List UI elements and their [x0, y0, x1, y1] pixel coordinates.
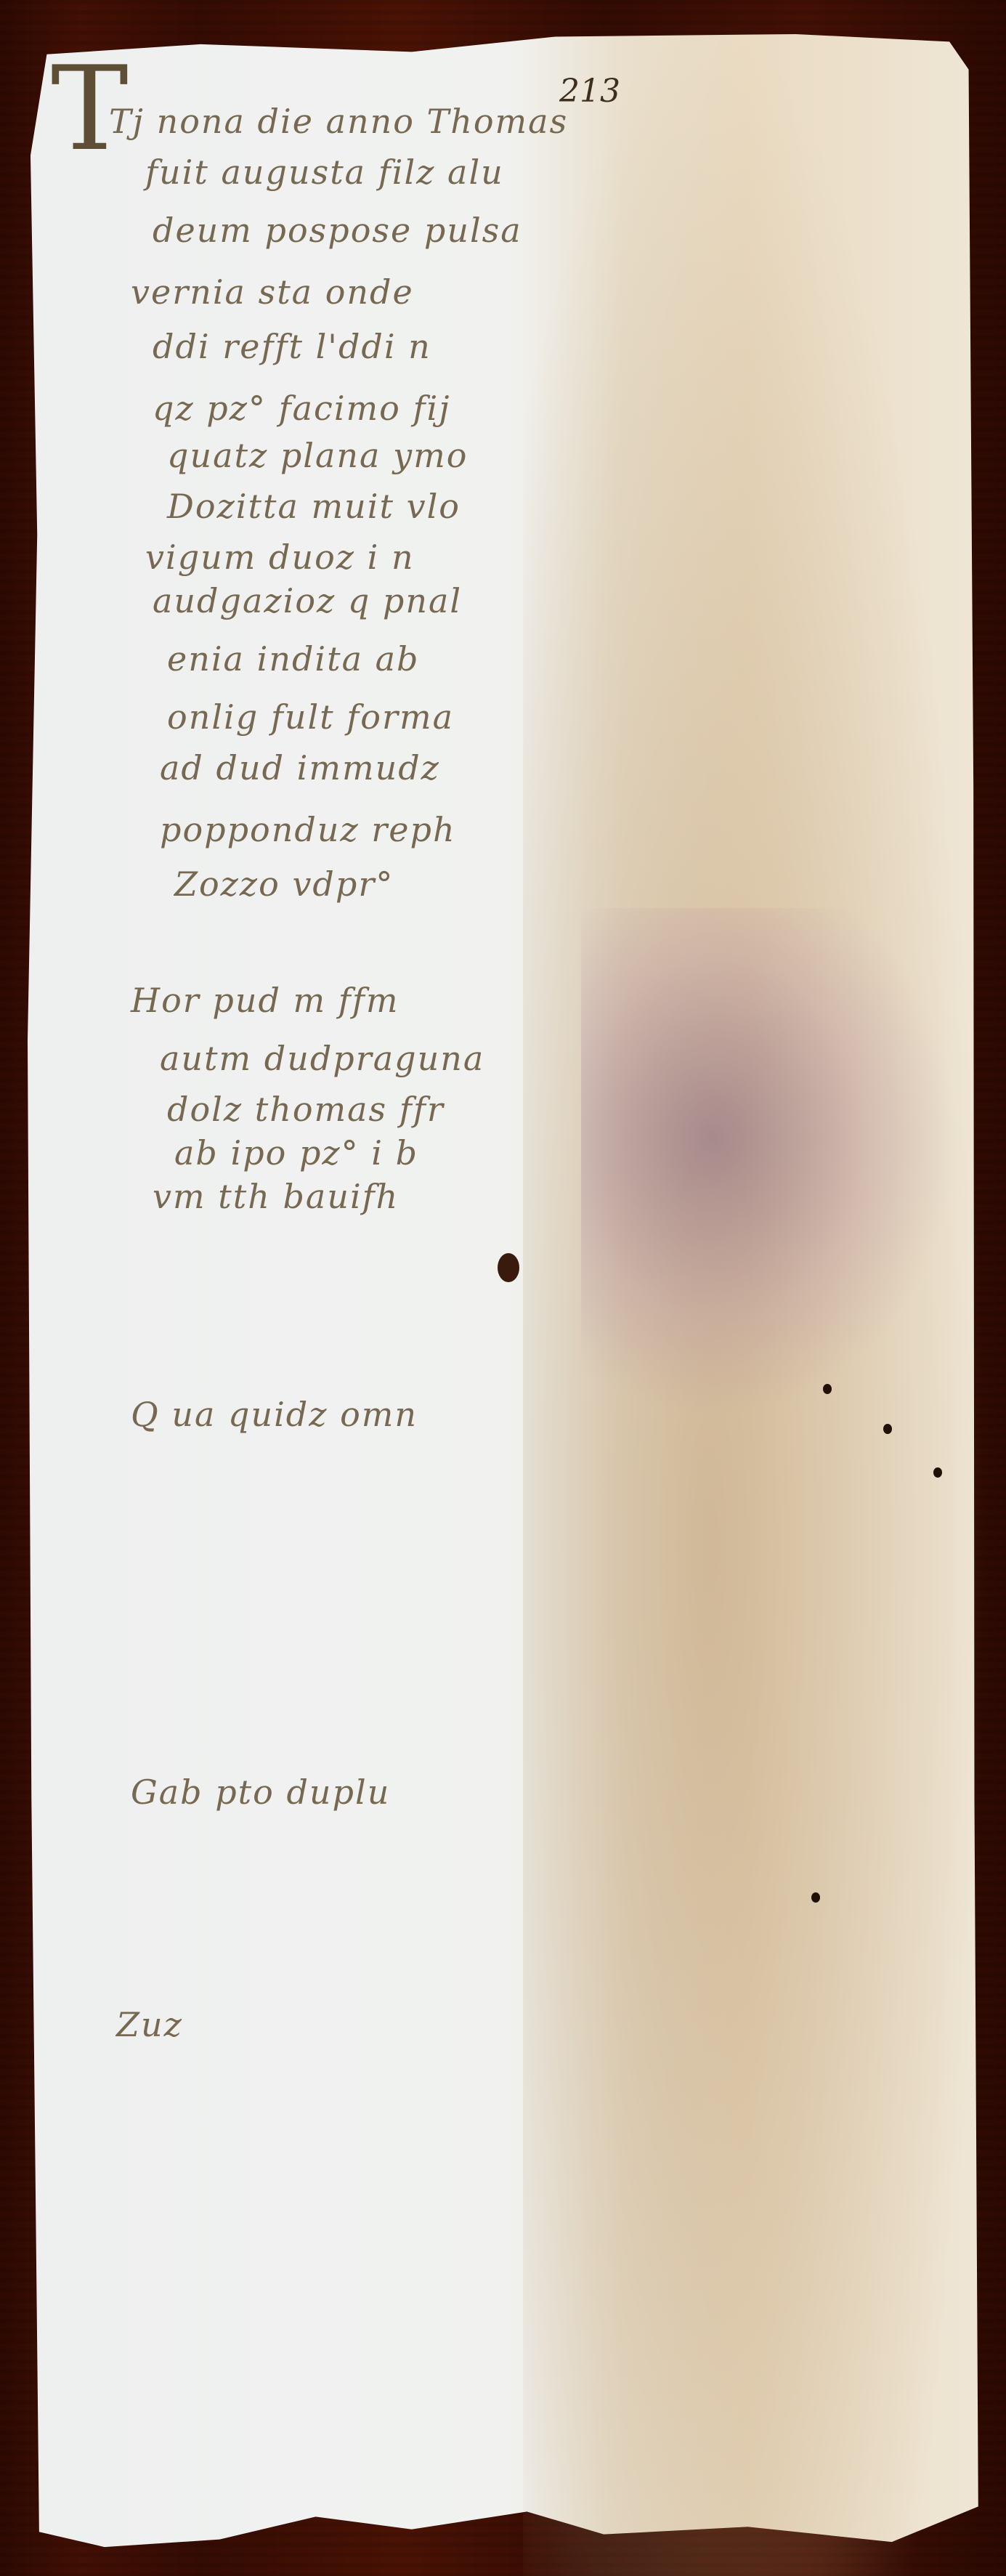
folio-number: 213: [559, 73, 620, 110]
text-line: ab ipo pz° i b: [174, 1133, 418, 1172]
purple-stain: [581, 908, 959, 1417]
text-line: Zuz: [116, 2005, 183, 2044]
text-line: audgazioz q pnal: [153, 581, 462, 620]
text-line: qz pz° facimo fij: [153, 389, 450, 428]
text-line: Dozitta muit vlo: [167, 487, 461, 526]
ink-dot: [811, 1892, 820, 1903]
ink-dot: [823, 1384, 832, 1394]
text-line: vernia sta onde: [131, 272, 414, 312]
text-line: Q ua quidz omn: [131, 1395, 418, 1434]
text-line: deum pospose pulsa: [153, 211, 522, 250]
text-line: Zozzo vdpr°: [174, 864, 394, 904]
text-line: ddi refft l'ddi n: [153, 327, 431, 366]
ink-dot: [933, 1467, 942, 1478]
text-line: ad dud immudz: [160, 748, 440, 787]
text-line: fuit augusta filz alu: [145, 153, 504, 192]
text-line: quatz plana ymo: [167, 436, 468, 475]
text-line: vigum duoz i n: [145, 538, 415, 577]
text-line: onlig fult forma: [167, 697, 454, 737]
text-line: Hor pud m ffm: [131, 981, 399, 1020]
text-line: vm tth bauifh: [153, 1177, 399, 1216]
text-line: Tj nona die anno Thomas: [109, 102, 568, 141]
text-line: dolz thomas ffr: [167, 1090, 445, 1129]
text-line: autm dudpraguna: [160, 1039, 484, 1078]
text-line: enia indita ab: [167, 639, 420, 679]
ink-dot: [883, 1424, 892, 1434]
text-line: popponduz reph: [160, 810, 456, 849]
text-line: Gab pto duplu: [131, 1773, 390, 1812]
paper-hole: [498, 1253, 519, 1282]
